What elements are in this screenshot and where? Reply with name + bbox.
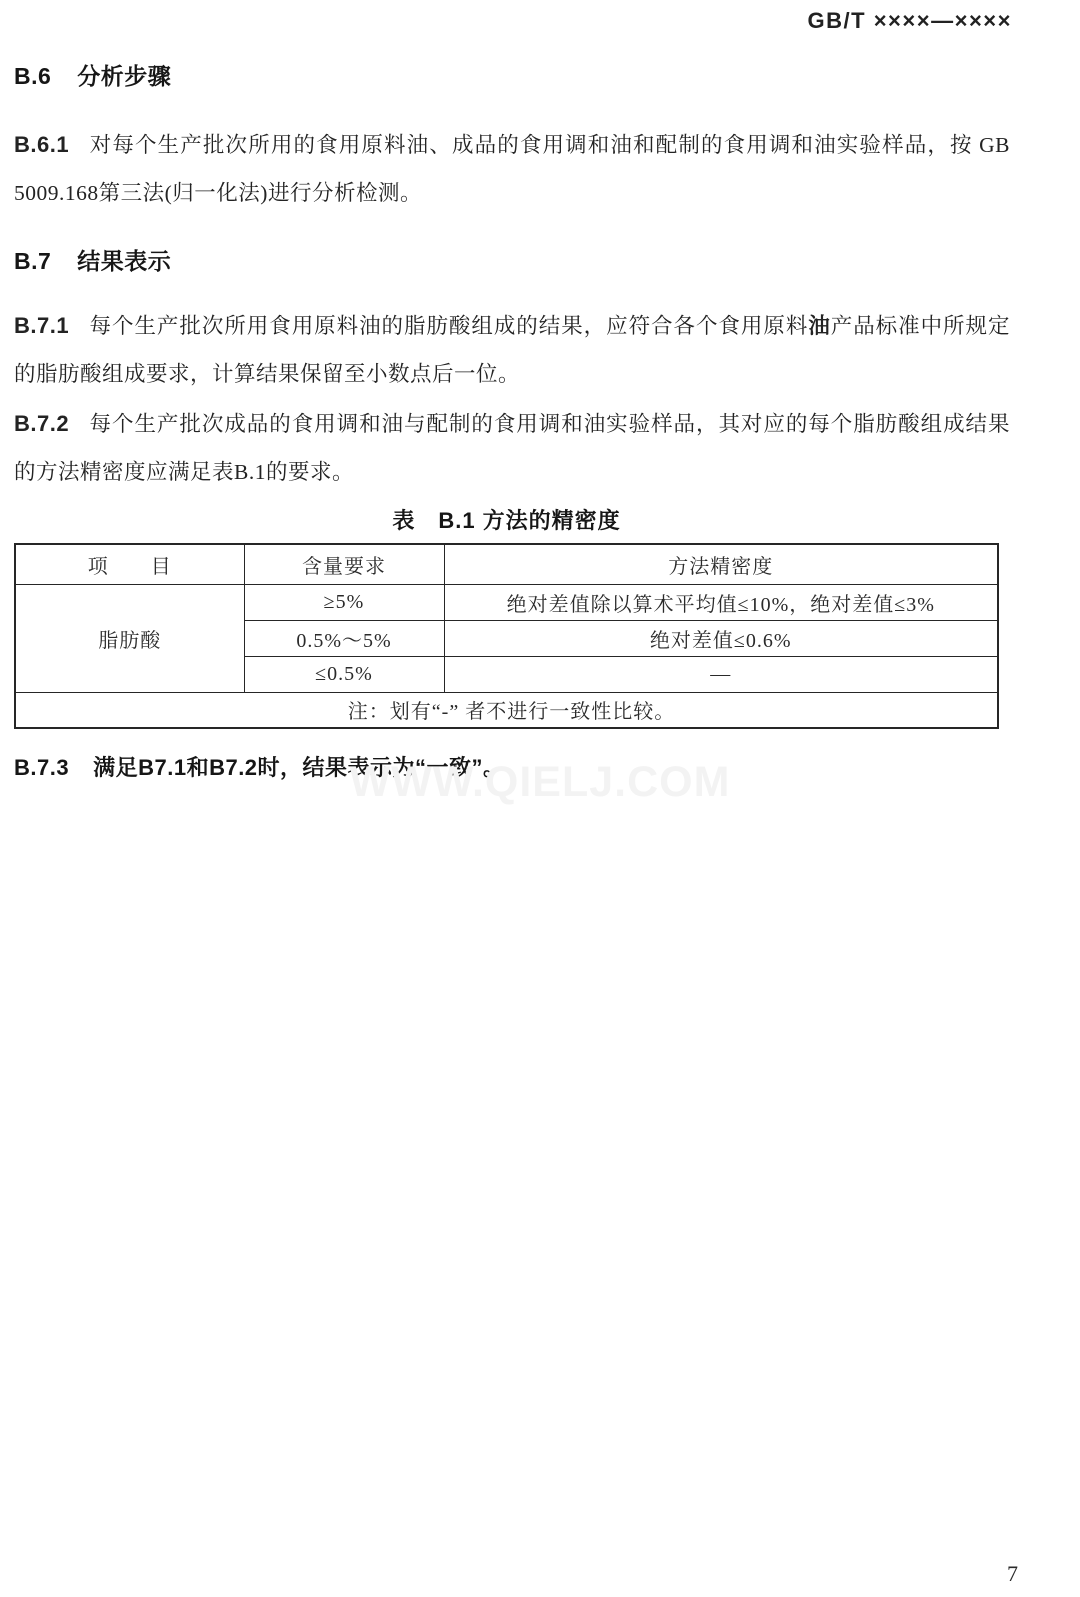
clause-b72-number: B.7.2: [14, 411, 69, 436]
clause-b71-paragraph: B.7.1每个生产批次所用食用原料油的脂肪酸组成的结果，应符合各个食用原料油产品…: [14, 302, 1010, 398]
table-cell-precision: 绝对差值除以算术平均值≤10%，绝对差值≤3%: [444, 584, 998, 620]
clause-b61-text: 对每个生产批次所用的食用原料油、成品的食用调和油和配制的食用调和油实验样品，按 …: [14, 133, 1010, 205]
table-note-row: 注：划有“-” 者不进行一致性比较。: [15, 692, 998, 728]
table-header-row: 项 目 含量要求 方法精密度: [15, 544, 998, 584]
page-number: 7: [1007, 1561, 1018, 1587]
page-content: B.6分析步骤 B.6.1对每个生产批次所用的食用原料油、成品的食用调和油和配制…: [14, 58, 1010, 782]
table-header-requirement: 含量要求: [244, 544, 444, 584]
clause-b71-number: B.7.1: [14, 313, 69, 338]
clause-b72-paragraph: B.7.2每个生产批次成品的食用调和油与配制的食用调和油实验样品，其对应的每个脂…: [14, 400, 1010, 496]
clause-b71-text-part1: 每个生产批次所用食用原料油的脂肪酸组成的结果，应符合各个食用原料: [89, 314, 808, 338]
clause-b6-number: B.6: [14, 63, 51, 89]
table-cell-requirement: 0.5%～5%: [244, 620, 444, 656]
table-cell-precision: 绝对差值≤0.6%: [444, 620, 998, 656]
clause-b71-text-bold: 油: [808, 314, 830, 338]
clause-b61-number: B.6.1: [14, 132, 69, 157]
table-header-item: 项 目: [15, 544, 244, 584]
clause-b72-text: 每个生产批次成品的食用调和油与配制的食用调和油实验样品，其对应的每个脂肪酸组成结…: [14, 412, 1010, 484]
clause-b6-heading: B.6分析步骤: [14, 58, 1010, 91]
table-b1-caption: 表 B.1 方法的精密度: [14, 504, 999, 535]
site-watermark: WWW.QIELJ.COM: [350, 758, 731, 807]
table-header-precision: 方法精密度: [444, 544, 998, 584]
clause-b7-number: B.7: [14, 248, 51, 274]
clause-b73-number: B.7.3: [14, 755, 69, 780]
table-note: 注：划有“-” 者不进行一致性比较。: [15, 692, 998, 728]
clause-b61-paragraph: B.6.1对每个生产批次所用的食用原料油、成品的食用调和油和配制的食用调和油实验…: [14, 121, 1010, 217]
table-cell-requirement: ≥5%: [244, 584, 444, 620]
table-cell-item: 脂肪酸: [15, 584, 244, 692]
document-page: GB/T ××××—×××× B.6分析步骤 B.6.1对每个生产批次所用的食用…: [0, 0, 1080, 1597]
clause-b6-title: 分析步骤: [77, 63, 171, 89]
table-cell-requirement: ≤0.5%: [244, 656, 444, 692]
table-row: 脂肪酸 ≥5% 绝对差值除以算术平均值≤10%，绝对差值≤3%: [15, 584, 998, 620]
clause-b7-title: 结果表示: [77, 248, 171, 274]
clause-b7-heading: B.7结果表示: [14, 243, 1010, 276]
table-cell-precision: —: [444, 656, 998, 692]
table-b1-precision: 项 目 含量要求 方法精密度 脂肪酸 ≥5% 绝对差值除以算术平均值≤10%，绝…: [14, 543, 999, 729]
standard-code-header: GB/T ××××—××××: [808, 8, 1012, 34]
